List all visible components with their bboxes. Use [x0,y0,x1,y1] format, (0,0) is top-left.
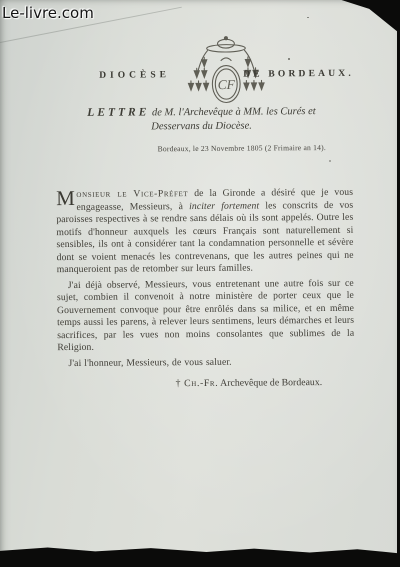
paper-sheet: DIOCÈSE [0,0,397,557]
signature-title: Archevêque de Bordeaux. [218,377,322,389]
letter-title-line1: LETTRE de M. l'Archevêque à MM. les Curé… [46,105,356,119]
signature-line: † Ch.-Fr. Archevêque de Bordeaux. [58,377,355,390]
paragraph-2: J'ai déjà observé, Messieurs, vous entre… [57,277,355,354]
letter-content: DIOCÈSE [0,0,399,559]
diocese-title-left: DIOCÈSE [99,70,170,81]
salutation-smallcaps: onsieur le Vice-Préfet [76,188,188,200]
paragraph-1: Monsieur le Vice-Préfet de la Gironde a … [56,187,354,277]
scanned-document-page: DIOCÈSE [0,0,400,567]
crest-monogram: CF [218,77,236,92]
paragraph-1-italic: inciter fortement [189,200,259,212]
closing-line: J'ai l'honneur, Messieurs, de vous salue… [57,355,354,370]
letter-dateline: Bordeaux, le 23 Novembre 1805 (2 Frimair… [137,143,347,154]
letter-title-rest: de M. l'Archevêque à MM. les Curés et [149,106,315,118]
signature-name: † Ch.-Fr. [176,378,219,389]
le-livre-watermark: Le-livre.com [2,4,94,22]
diocese-title-right: DE BORDEAUX. [243,69,354,80]
letter-title-line2: Desservans du Diocèse. [47,120,357,133]
dropcap-letter: M [56,189,76,208]
letter-body: Monsieur le Vice-Préfet de la Gironde a … [56,187,355,390]
letter-title-word: LETTRE [87,106,149,118]
